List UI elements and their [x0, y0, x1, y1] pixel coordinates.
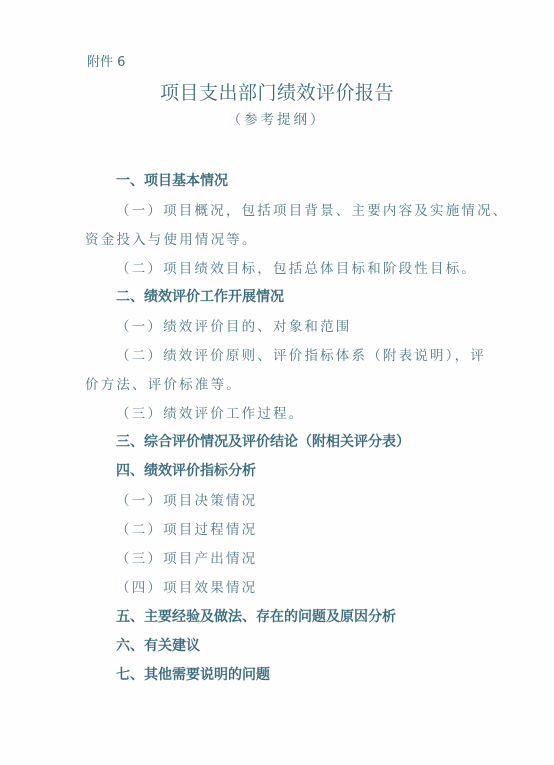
subsection-line: （二）项目过程情况	[116, 518, 257, 538]
subsection-line: （一）项目决策情况	[116, 489, 257, 509]
section-heading-5: 五、主要经验及做法、存在的问题及原因分析	[116, 606, 396, 626]
document-subtitle: （参考提纲）	[0, 108, 554, 128]
paragraph-line: （二）项目绩效目标，包括总体目标和阶段性目标。	[116, 257, 477, 277]
section-heading-4: 四、绩效评价指标分析	[116, 460, 256, 480]
section-heading-7: 七、其他需要说明的问题	[116, 664, 270, 684]
document-title: 项目支出部门绩效评价报告	[0, 78, 554, 105]
paragraph-line: （一）项目概况，包括项目背景、主要内容及实施情况、	[116, 199, 509, 219]
document-page: 附件 6 项目支出部门绩效评价报告 （参考提纲） 一、项目基本情况 （一）项目概…	[0, 0, 554, 765]
section-heading-2: 二、绩效评价工作开展情况	[116, 286, 284, 306]
attachment-label: 附件 6	[87, 51, 125, 70]
paragraph-line: 资金投入与使用情况等。	[85, 228, 258, 248]
subsection-line: （三）项目产出情况	[116, 547, 257, 567]
section-heading-6: 六、有关建议	[116, 635, 200, 655]
paragraph-line: 价方法、评价标准等。	[85, 373, 242, 393]
paragraph-line: （三）绩效评价工作过程。	[116, 402, 304, 422]
subsection-line: （四）项目效果情况	[116, 576, 257, 596]
paragraph-line: （二）绩效评价原则、评价指标体系（附表说明），评	[116, 344, 486, 364]
section-heading-1: 一、项目基本情况	[116, 170, 228, 190]
section-heading-3: 三、综合评价情况及评价结论（附相关评分表）	[116, 431, 410, 451]
paragraph-line: （一）绩效评价目的、对象和范围	[116, 315, 352, 335]
